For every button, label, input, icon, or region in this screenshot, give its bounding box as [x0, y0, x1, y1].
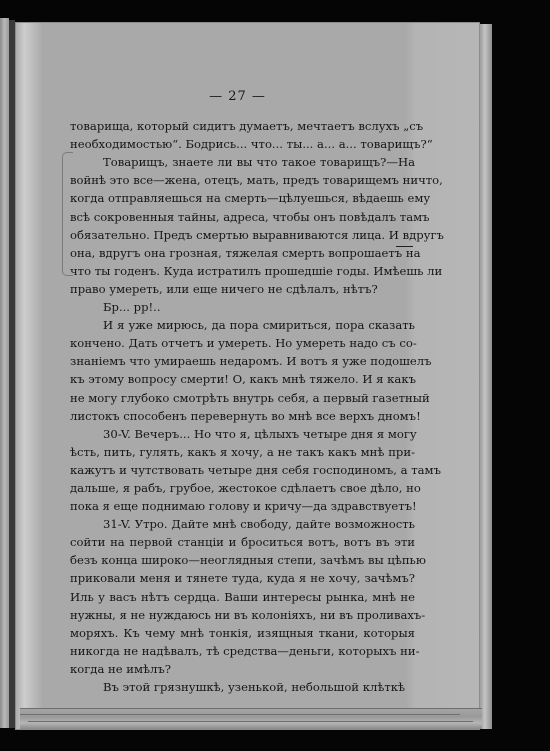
text-line: приковали меня и тянете туда, куда я не … [70, 569, 415, 587]
page-edge-right [480, 24, 492, 729]
text-line: когда не имѣлъ? [70, 660, 415, 678]
text-line: нужны, я не нуждаюсь ни въ колоніяхъ, ни… [70, 606, 415, 624]
text-line: Товарищъ, знаете ли вы что такое товарищ… [70, 153, 415, 171]
text-line: право умереть, или еще ничего не сдѣлалъ… [70, 280, 415, 298]
text-line: она, вдругъ она грозная, тяжелая смерть … [70, 244, 415, 262]
page-number: — 27 — [70, 88, 415, 106]
text-line: Бр... рр!.. [70, 298, 415, 316]
paragraph: Бр... рр!.. [70, 298, 415, 316]
text-line: кончено. Дать отчетъ и умереть. Но умере… [70, 334, 415, 352]
text-line: не могу глубоко смотрѣть внутрь себя, а … [70, 389, 415, 407]
text-line: 30-V. Вечеръ... Но что я, цѣлыхъ четыре … [70, 425, 415, 443]
text-line: никогда не надѣвалъ, тѣ средства—деньги,… [70, 642, 415, 660]
paragraph: И я уже мирюсь, да пора смириться, пора … [70, 316, 415, 425]
text-line: кажутъ и чутствовать четыре дня себя гос… [70, 461, 415, 479]
page-edge-line [28, 721, 473, 722]
text-line: товарища, который сидитъ думаетъ, мечтае… [70, 117, 415, 135]
text-line: листокъ способенъ перевернуть во мнѣ все… [70, 407, 415, 425]
text-line: что ты годенъ. Куда истратилъ прошедшіе … [70, 262, 415, 280]
page-edge-line [20, 714, 460, 715]
text-line: сойти на первой станціи и броситься вотъ… [70, 533, 415, 551]
paragraph: 30-V. Вечеръ... Но что я, цѣлыхъ четыре … [70, 425, 415, 515]
text-line: 31-V. Утро. Дайте мнѣ свободу, дайте воз… [70, 515, 415, 533]
text-line: безъ конца широко—неоглядныя степи, зачѣ… [70, 551, 415, 569]
paragraph: Въ этой грязнушкѣ, узенькой, небольшой к… [70, 678, 415, 696]
text-line: всѣ сокровенныя тайны, адреса, чтобы онъ… [70, 208, 415, 226]
paragraph: 31-V. Утро. Дайте мнѣ свободу, дайте воз… [70, 515, 415, 678]
text-line: Въ этой грязнушкѣ, узенькой, небольшой к… [70, 678, 415, 696]
text-line: пока я еще поднимаю голову и кричу—да зд… [70, 497, 415, 515]
text-line: когда отправляешься на смерть—цѣлуешься,… [70, 189, 415, 207]
text-line: къ этому вопросу смерти! О, какъ мнѣ тяж… [70, 370, 415, 388]
page-text: — 27 — товарища, который сидитъ думаетъ,… [70, 88, 415, 696]
text-line: войнѣ это все—жена, отецъ, мать, предъ т… [70, 171, 415, 189]
text-line: необходимостью“. Бодрись... что... ты...… [70, 135, 415, 153]
paragraph: Товарищъ, знаете ли вы что такое товарищ… [70, 153, 415, 298]
text-line: обязательно. Предъ смертью выравниваются… [70, 226, 415, 244]
text-line: моряхъ. Къ чему мнѣ тонкія, изящныя ткан… [70, 624, 415, 642]
text-line: Иль у васъ нѣтъ сердца. Ваши интересы ры… [70, 588, 415, 606]
text-line: И я уже мирюсь, да пора смириться, пора … [70, 316, 415, 334]
text-line: ѣсть, пить, гулять, какъ я хочу, а не та… [70, 443, 415, 461]
text-line: знаніемъ что умираешь недаромъ. И вотъ я… [70, 352, 415, 370]
paragraph: товарища, который сидитъ думаетъ, мечтае… [70, 117, 415, 153]
text-line: дальше, я рабъ, грубое, жестокое сдѣлает… [70, 479, 415, 497]
previous-page-edge [0, 18, 9, 728]
paragraphs: товарища, который сидитъ думаетъ, мечтае… [70, 117, 415, 696]
page-edge-bottom [20, 708, 482, 729]
scanned-page-image: — 27 — товарища, который сидитъ думаетъ,… [0, 0, 550, 751]
